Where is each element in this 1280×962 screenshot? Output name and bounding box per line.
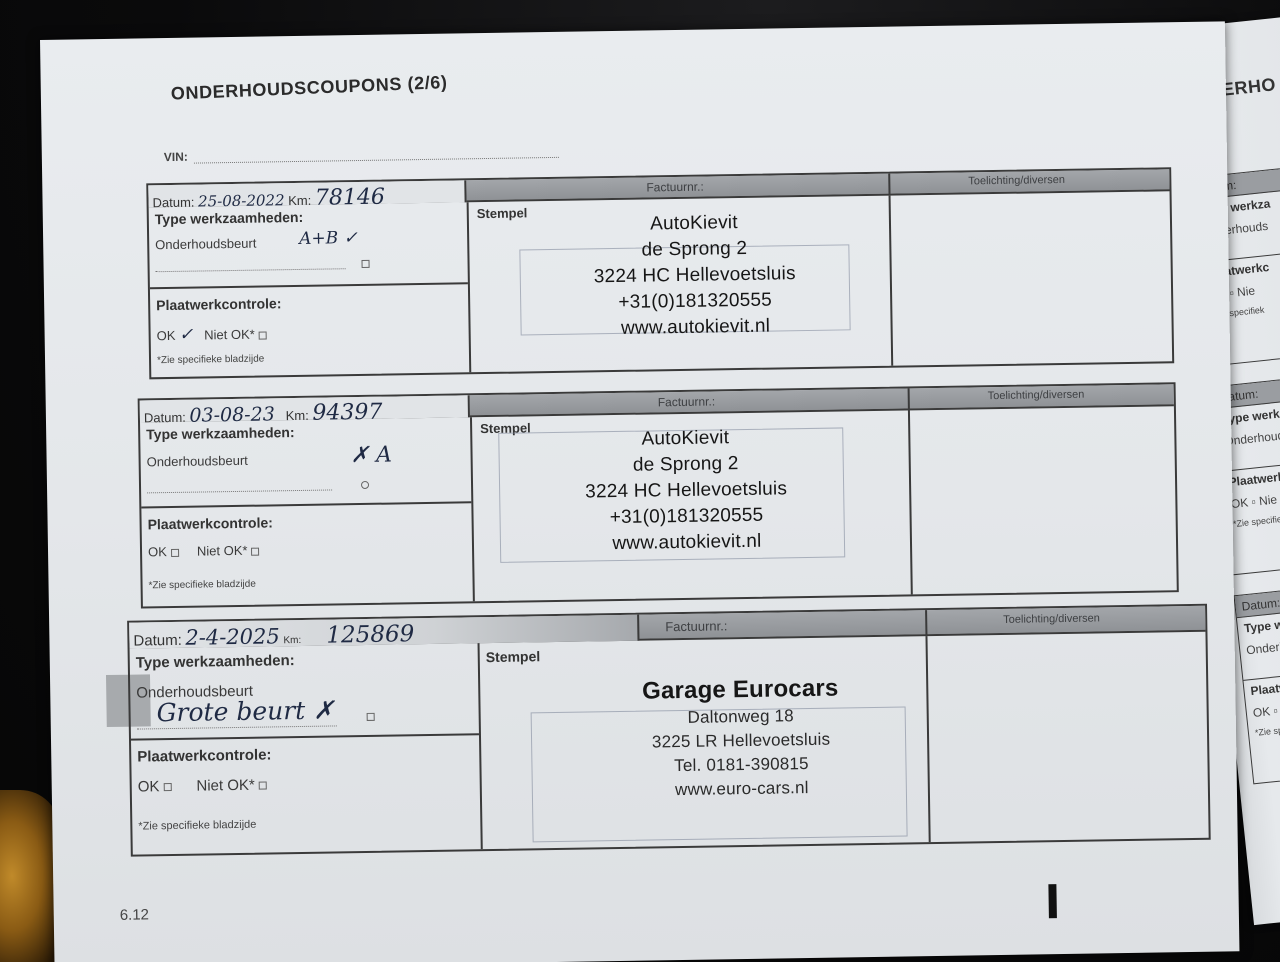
coupon-header: Datum: 03-08-23 Km: 94397 Factuurnr.: To… <box>140 384 1174 422</box>
niet-ok-checkbox[interactable] <box>259 782 267 790</box>
work-type-column: Type werkzaamheden: Onderhoudsbeurt A+B … <box>149 202 472 377</box>
datum-label: Datum: <box>133 632 182 650</box>
coupon-1: Datum: 25-08-2022 Km: 78146 Factuurnr.: … <box>146 167 1174 379</box>
niet-ok-checkbox[interactable] <box>251 547 259 555</box>
ok-checkmark[interactable]: ✓ <box>179 325 194 345</box>
next-page-coupon: Datum: Type werkza Onderhouds Plaatwerkc… <box>1234 579 1280 785</box>
ok-checkbox[interactable] <box>171 548 179 556</box>
plaatwerkcontrole-label: Plaatwerkcontrole: <box>137 746 271 765</box>
zie-footnote: *Zie specifieke bladzijde <box>157 354 264 367</box>
niet-ok-checkbox[interactable] <box>259 331 267 339</box>
extra-work-line[interactable] <box>156 268 346 272</box>
service-note: A+B ✓ <box>299 228 358 249</box>
toelichting-label: Toelichting/diversen <box>968 174 1065 188</box>
extra-work-handwritten: Grote beurt ✗ <box>156 695 334 727</box>
niet-ok-label: Niet OK* <box>197 543 248 559</box>
extra-work-line[interactable] <box>147 489 332 493</box>
coupon-2: Datum: 03-08-23 Km: 94397 Factuurnr.: To… <box>138 382 1179 608</box>
leather-cover-corner <box>0 790 60 962</box>
extra-work-checkbox[interactable] <box>361 260 369 268</box>
type-werkzaamheden-label: Type werkzaamheden: <box>136 652 295 671</box>
next-page-plaatwerk: Plaatwerkc <box>1243 664 1280 702</box>
toelichting-column <box>889 196 894 366</box>
plaatwerk-options: OK Niet OK* <box>138 777 267 796</box>
maintenance-booklet-page: ONDERHOUDSCOUPONS (2/6) VIN: Datum: 25-0… <box>40 21 1239 962</box>
stamp-name: Garage Eurocars <box>590 673 890 708</box>
work-type-section: Type werkzaamheden: Onderhoudsbeurt ✗ A <box>140 417 471 508</box>
toelichting-column <box>908 410 913 594</box>
vin-field[interactable] <box>194 148 559 164</box>
ok-checkbox[interactable] <box>163 783 171 791</box>
factuurnr-label: Factuurnr.: <box>646 180 704 195</box>
toelichting-column <box>925 636 930 842</box>
zie-footnote: *Zie specifieke bladzijde <box>138 819 256 833</box>
coupon-3: Datum: 2-4-2025 Km: 125869 Factuurnr.: T… <box>127 604 1211 857</box>
dealer-stamp: Garage Eurocars Daltonweg 18 3225 LR Hel… <box>590 673 892 804</box>
onderhoudsbeurt-label: Onderhoudsbeurt <box>147 453 248 470</box>
page-title: ONDERHOUDSCOUPONS (2/6) <box>170 72 447 105</box>
type-werkzaamheden-label: Type werkzaamheden: <box>155 209 304 227</box>
extra-work-checkbox[interactable] <box>361 481 369 489</box>
stamp-web: www.euro-cars.nl <box>592 775 892 804</box>
niet-ok-label: Niet OK* <box>204 327 255 343</box>
factuurnr-label: Factuurnr.: <box>658 394 716 409</box>
type-werkzaamheden-label: Type werkzaamheden: <box>146 424 295 442</box>
page-number: 6.12 <box>120 906 149 923</box>
extra-work-checkbox[interactable] <box>367 713 375 721</box>
work-type-column: Type werkzaamheden: Onderhoudsbeurt Grot… <box>130 643 483 854</box>
plaatwerkcontrole-label: Plaatwerkcontrole: <box>147 514 273 532</box>
plaatwerkcontrole-label: Plaatwerkcontrole: <box>156 295 282 313</box>
factuurnr-label: Factuurnr.: <box>665 618 727 634</box>
datum-km-field: Datum: 2-4-2025 Km: 125869 <box>129 615 639 649</box>
onderhoudsbeurt-label: Onderhoudsbeurt <box>155 236 256 253</box>
stamp-web: www.autokievit.nl <box>542 528 832 559</box>
dealer-stamp: AutoKievit de Sprong 2 3224 HC Hellevoet… <box>529 208 861 343</box>
stempel-label: Stempel <box>477 205 528 221</box>
stamp-web: www.autokievit.nl <box>530 312 860 343</box>
coupon-header: Datum: 25-08-2022 Km: 78146 Factuurnr.: … <box>148 169 1169 207</box>
plaatwerk-options: OK ✓ Niet OK* <box>156 323 266 345</box>
next-page-datum: Datum: <box>1235 580 1280 618</box>
toelichting-label: Toelichting/diversen <box>988 389 1085 403</box>
km-label: Km: <box>283 635 301 646</box>
ok-label: OK <box>157 328 176 343</box>
ribbon-bookmark <box>1048 884 1057 918</box>
toelichting-label: Toelichting/diversen <box>1003 612 1100 626</box>
service-note: ✗ A <box>350 443 392 469</box>
work-type-column: Type werkzaamheden: Onderhoudsbeurt ✗ A … <box>140 417 475 606</box>
vin-row: VIN: <box>164 144 559 164</box>
ok-label: OK <box>148 544 167 559</box>
plaatwerk-options: OK Niet OK* <box>148 543 260 560</box>
zie-footnote: *Zie specifieke bladzijde <box>149 579 256 592</box>
vin-label: VIN: <box>164 150 188 164</box>
niet-ok-label: Niet OK* <box>196 777 255 795</box>
dealer-stamp: AutoKievit de Sprong 2 3224 HC Hellevoet… <box>540 424 832 559</box>
work-type-section: Type werkzaamheden: Onderhoudsbeurt A+B … <box>149 202 468 289</box>
stempel-label: Stempel <box>486 648 541 665</box>
work-type-section: Type werkzaamheden: Onderhoudsbeurt Grot… <box>130 643 479 740</box>
ok-label: OK <box>138 778 160 795</box>
coupon-header: Datum: 2-4-2025 Km: 125869 Factuurnr.: T… <box>129 606 1205 649</box>
